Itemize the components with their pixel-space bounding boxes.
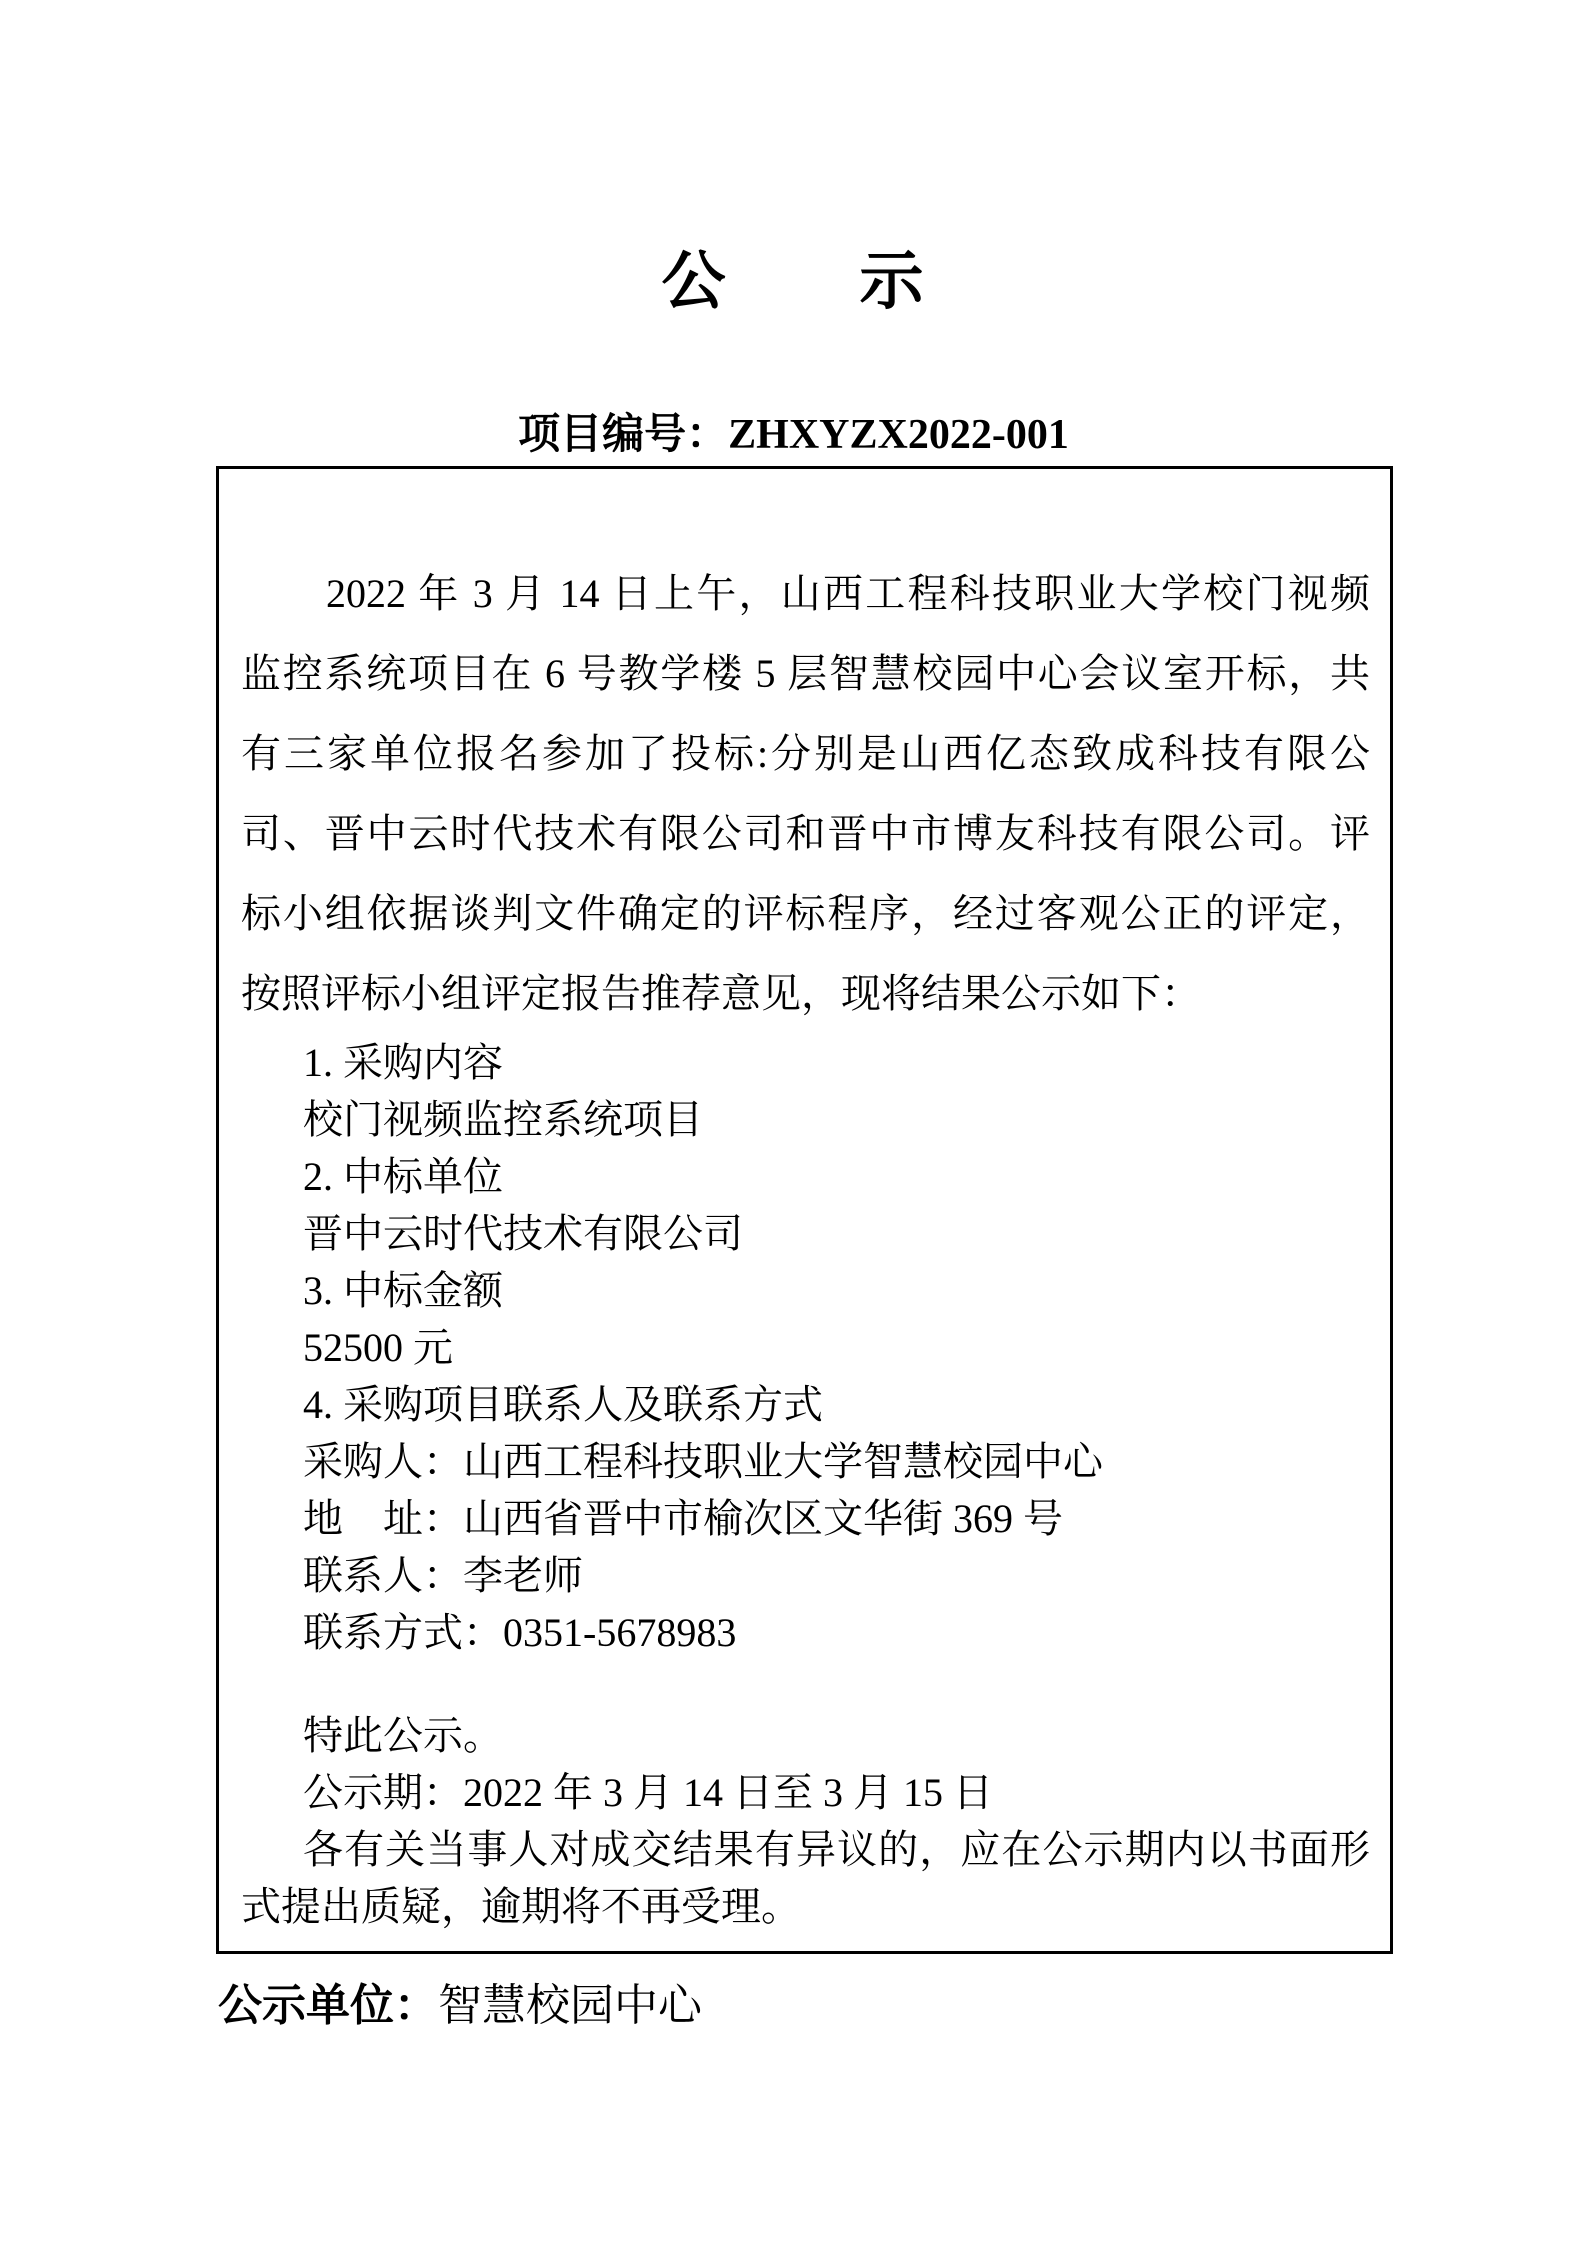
announcement-box: 2022 年 3 月 14 日上午，山西工程科技职业大学校门视频监控系统项目在 … (216, 466, 1393, 1954)
text-line: 公示期：2022 年 3 月 14 日至 3 月 15 日 (241, 1764, 1370, 1821)
issuer-value: 智慧校园中心 (438, 1981, 702, 2030)
text-line: 地 址：山西省晋中市榆次区文华街 369 号 (241, 1490, 1370, 1547)
text-line: 2022 年 3 月 14 日上午，山西工程科技职业大学校门视频 (241, 554, 1370, 634)
project-number-value: ZHXYZX2022-001 (728, 412, 1069, 458)
text-line: 校门视频监控系统项目 (241, 1091, 1370, 1148)
result-list: 1. 采购内容校门视频监控系统项目2. 中标单位晋中云时代技术有限公司3. 中标… (241, 1034, 1370, 1661)
page-title: 公 示 (0, 0, 1587, 314)
text-line: 52500 元 (241, 1319, 1370, 1376)
text-line: 按照评标小组评定报告推荐意见，现将结果公示如下： (241, 954, 1370, 1034)
text-line: 晋中云时代技术有限公司 (241, 1205, 1370, 1262)
issuer-label: 公示单位： (218, 1981, 438, 2030)
text-line: 联系人：李老师 (241, 1547, 1370, 1604)
text-line: 1. 采购内容 (241, 1034, 1370, 1091)
project-number-line: 项目编号：ZHXYZX2022-001 (0, 414, 1587, 456)
text-line: 监控系统项目在 6 号教学楼 5 层智慧校园中心会议室开标，共 (241, 634, 1370, 714)
text-line: 各有关当事人对成交结果有异议的，应在公示期内以书面形 (241, 1821, 1370, 1878)
text-line: 采购人：山西工程科技职业大学智慧校园中心 (241, 1433, 1370, 1490)
text-line: 4. 采购项目联系人及联系方式 (241, 1376, 1370, 1433)
issuer-line: 公示单位：智慧校园中心 (218, 1982, 1587, 2030)
text-line: 3. 中标金额 (241, 1262, 1370, 1319)
text-line: 式提出质疑，逾期将不再受理。 (241, 1878, 1370, 1935)
project-number-label: 项目编号： (518, 412, 728, 458)
closing-paragraph: 特此公示。公示期：2022 年 3 月 14 日至 3 月 15 日 (241, 1707, 1370, 1821)
intro-paragraph: 2022 年 3 月 14 日上午，山西工程科技职业大学校门视频监控系统项目在 … (241, 554, 1370, 1034)
text-line: 联系方式：0351-5678983 (241, 1604, 1370, 1661)
text-line: 2. 中标单位 (241, 1148, 1370, 1205)
text-line: 特此公示。 (241, 1707, 1370, 1764)
text-line: 标小组依据谈判文件确定的评标程序，经过客观公正的评定， (241, 874, 1370, 954)
notice-paragraph: 各有关当事人对成交结果有异议的，应在公示期内以书面形式提出质疑，逾期将不再受理。 (241, 1821, 1370, 1935)
text-line: 有三家单位报名参加了投标:分别是山西亿态致成科技有限公 (241, 714, 1370, 794)
announcement-page: 公 示 项目编号：ZHXYZX2022-001 2022 年 3 月 14 日上… (0, 0, 1587, 2245)
text-line: 司、晋中云时代技术有限公司和晋中市博友科技有限公司。评 (241, 794, 1370, 874)
